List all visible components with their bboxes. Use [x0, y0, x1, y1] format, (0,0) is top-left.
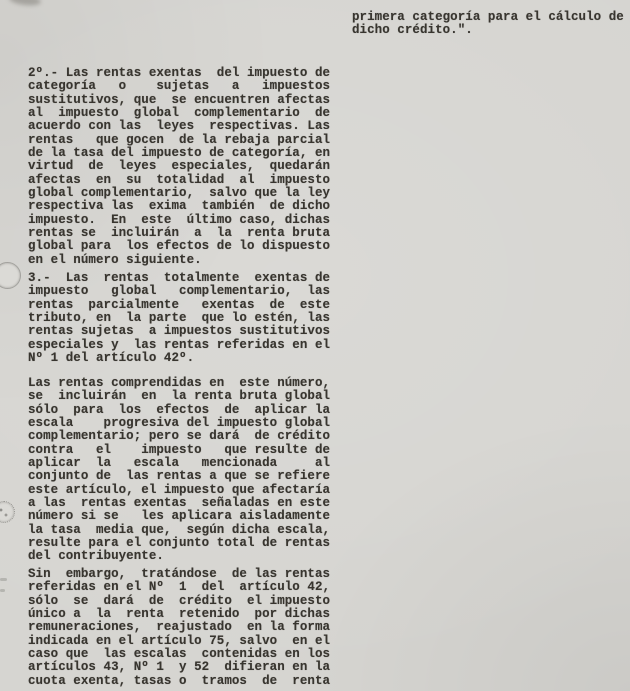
paper-edge-artifact: [0, 578, 7, 581]
punch-hole-mark-upper: [0, 262, 21, 289]
paragraph-sin-embargo: Sin embargo, tratándose de las rentas re…: [28, 568, 330, 688]
paragraph-rentas-comprendidas: Las rentas comprendidas en este número, …: [28, 377, 330, 564]
scanned-document-page: primera categoría para el cálculo de dic…: [0, 0, 630, 691]
paragraph-2-rentas-exentas: 2º.- Las rentas exentas del impuesto de …: [28, 67, 330, 267]
continuation-fragment-text: primera categoría para el cálculo de dic…: [352, 11, 624, 38]
stamp-ring-mark-lower: [0, 501, 15, 523]
paragraph-3-rentas-totalmente-exentas: 3.- Las rentas totalmente exentas de imp…: [28, 272, 330, 365]
scan-smudge-mark: [9, 0, 42, 7]
paper-edge-artifact: [0, 589, 5, 592]
